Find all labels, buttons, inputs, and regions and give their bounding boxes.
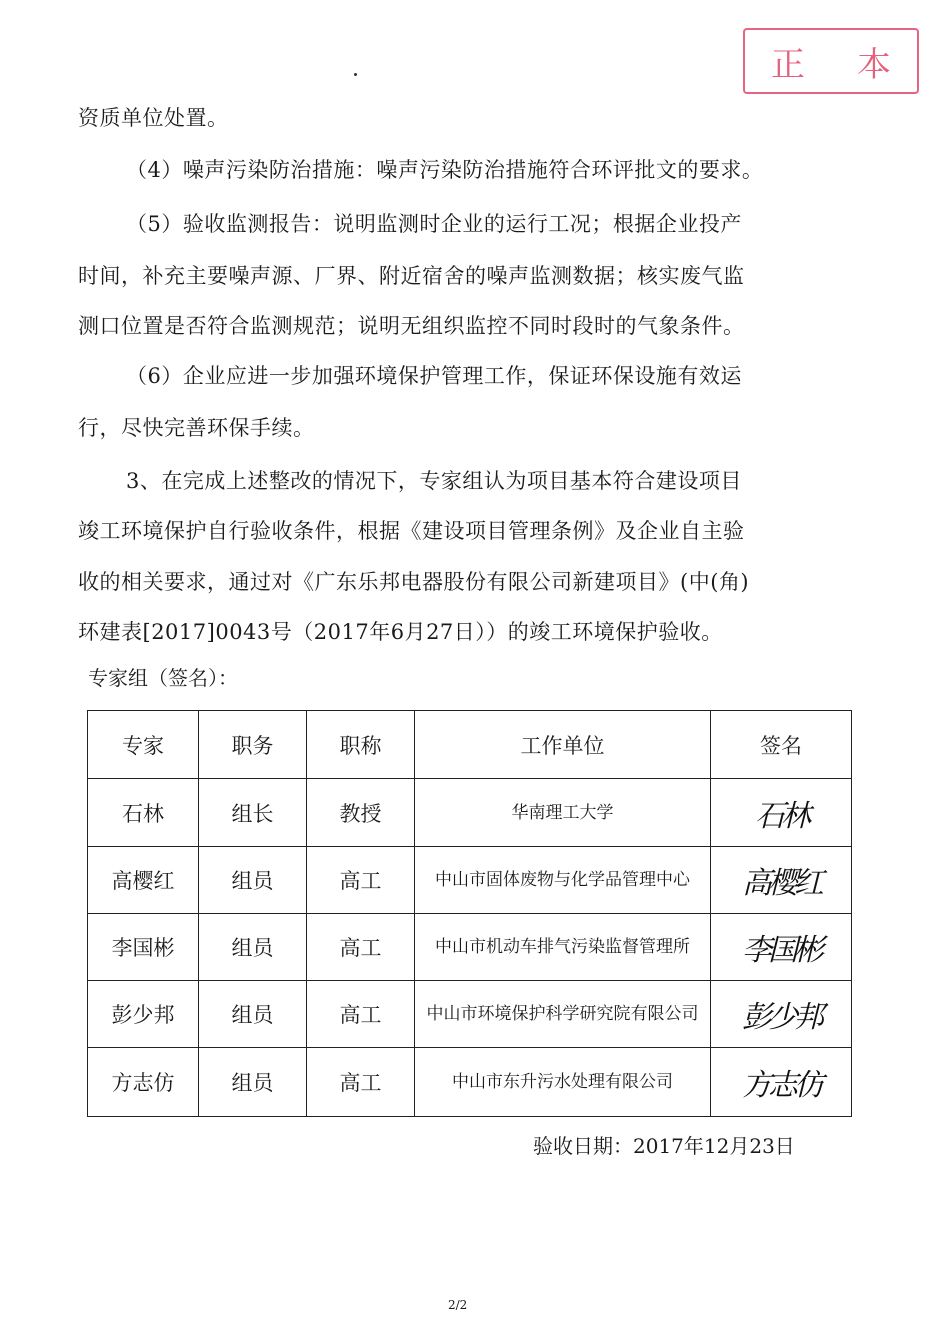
paragraph-line: 时间，补充主要噪声源、厂界、附近宿舍的噪声监测数据；核实废气监 bbox=[78, 262, 745, 290]
header-signature: 签名 bbox=[711, 711, 852, 779]
cell-signature: 李国彬 bbox=[711, 914, 852, 981]
expert-signature-table: 专家 职务 职称 工作单位 签名 石林 组长 教授 华南理工大学 石林 高樱红 … bbox=[87, 710, 852, 1117]
cell-title: 高工 bbox=[307, 981, 415, 1048]
cell-unit: 中山市机动车排气污染监督管理所 bbox=[415, 914, 711, 981]
scan-dot bbox=[354, 73, 357, 76]
header-unit: 工作单位 bbox=[415, 711, 711, 779]
handwritten-signature: 李国彬 bbox=[742, 933, 820, 968]
paragraph-line: （6）企业应进一步加强环境保护管理工作，保证环保设施有效运 bbox=[126, 362, 742, 390]
paragraph-line: 测口位置是否符合监测规范；说明无组织监控不同时段时的气象条件。 bbox=[78, 312, 745, 340]
header-role: 职务 bbox=[199, 711, 307, 779]
header-expert: 专家 bbox=[88, 711, 199, 779]
cell-signature: 彭少邦 bbox=[711, 981, 852, 1048]
expert-group-label: 专家组（签名）： bbox=[88, 662, 238, 691]
acceptance-date: 验收日期：2017年12月23日 bbox=[533, 1130, 795, 1159]
cell-name: 石林 bbox=[88, 779, 199, 847]
cell-role: 组员 bbox=[199, 914, 307, 981]
handwritten-signature: 彭少邦 bbox=[742, 1000, 820, 1035]
paragraph-line: （5）验收监测报告：说明监测时企业的运行工况；根据企业投产 bbox=[126, 210, 742, 238]
official-stamp: 正 本 bbox=[743, 28, 919, 94]
cell-role: 组长 bbox=[199, 779, 307, 847]
cell-signature: 石林 bbox=[711, 779, 852, 847]
cell-signature: 高樱红 bbox=[711, 847, 852, 914]
handwritten-signature: 石林 bbox=[755, 799, 807, 834]
paragraph-line: 资质单位处置。 bbox=[78, 104, 229, 132]
cell-name: 李国彬 bbox=[88, 914, 199, 981]
cell-unit: 中山市东升污水处理有限公司 bbox=[415, 1048, 711, 1117]
handwritten-signature: 高樱红 bbox=[742, 866, 820, 901]
table-row: 方志仿 组员 高工 中山市东升污水处理有限公司 方志仿 bbox=[88, 1048, 852, 1117]
table-header-row: 专家 职务 职称 工作单位 签名 bbox=[88, 711, 852, 779]
cell-unit: 中山市固体废物与化学品管理中心 bbox=[415, 847, 711, 914]
cell-unit: 中山市环境保护科学研究院有限公司 bbox=[415, 981, 711, 1048]
stamp-char: 本 bbox=[857, 37, 891, 86]
paragraph-line: 3、在完成上述整改的情况下，专家组认为项目基本符合建设项目 bbox=[126, 467, 742, 495]
cell-title: 高工 bbox=[307, 1048, 415, 1117]
cell-unit: 华南理工大学 bbox=[415, 779, 711, 847]
table-row: 高樱红 组员 高工 中山市固体废物与化学品管理中心 高樱红 bbox=[88, 847, 852, 914]
paragraph-line: 环建表[2017]0043号（2017年6月27日））的竣工环境保护验收。 bbox=[78, 618, 723, 646]
handwritten-signature: 方志仿 bbox=[742, 1068, 820, 1103]
cell-role: 组员 bbox=[199, 981, 307, 1048]
paragraph-line: 收的相关要求，通过对《广东乐邦电器股份有限公司新建项目》(中(角) bbox=[78, 568, 749, 596]
cell-role: 组员 bbox=[199, 847, 307, 914]
cell-title: 教授 bbox=[307, 779, 415, 847]
cell-name: 高樱红 bbox=[88, 847, 199, 914]
cell-name: 彭少邦 bbox=[88, 981, 199, 1048]
header-title: 职称 bbox=[307, 711, 415, 779]
paragraph-line: 竣工环境保护自行验收条件，根据《建设项目管理条例》及企业自主验 bbox=[78, 517, 745, 545]
table-row: 李国彬 组员 高工 中山市机动车排气污染监督管理所 李国彬 bbox=[88, 914, 852, 981]
page-number: 2/2 bbox=[448, 1298, 467, 1312]
cell-signature: 方志仿 bbox=[711, 1048, 852, 1117]
cell-role: 组员 bbox=[199, 1048, 307, 1117]
paragraph-line: 行，尽快完善环保手续。 bbox=[78, 414, 315, 442]
cell-title: 高工 bbox=[307, 847, 415, 914]
table-row: 彭少邦 组员 高工 中山市环境保护科学研究院有限公司 彭少邦 bbox=[88, 981, 852, 1048]
cell-title: 高工 bbox=[307, 914, 415, 981]
table-row: 石林 组长 教授 华南理工大学 石林 bbox=[88, 779, 852, 847]
stamp-char: 正 bbox=[771, 37, 805, 86]
paragraph-line: （4）噪声污染防治措施：噪声污染防治措施符合环评批文的要求。 bbox=[126, 156, 763, 184]
cell-name: 方志仿 bbox=[88, 1048, 199, 1117]
